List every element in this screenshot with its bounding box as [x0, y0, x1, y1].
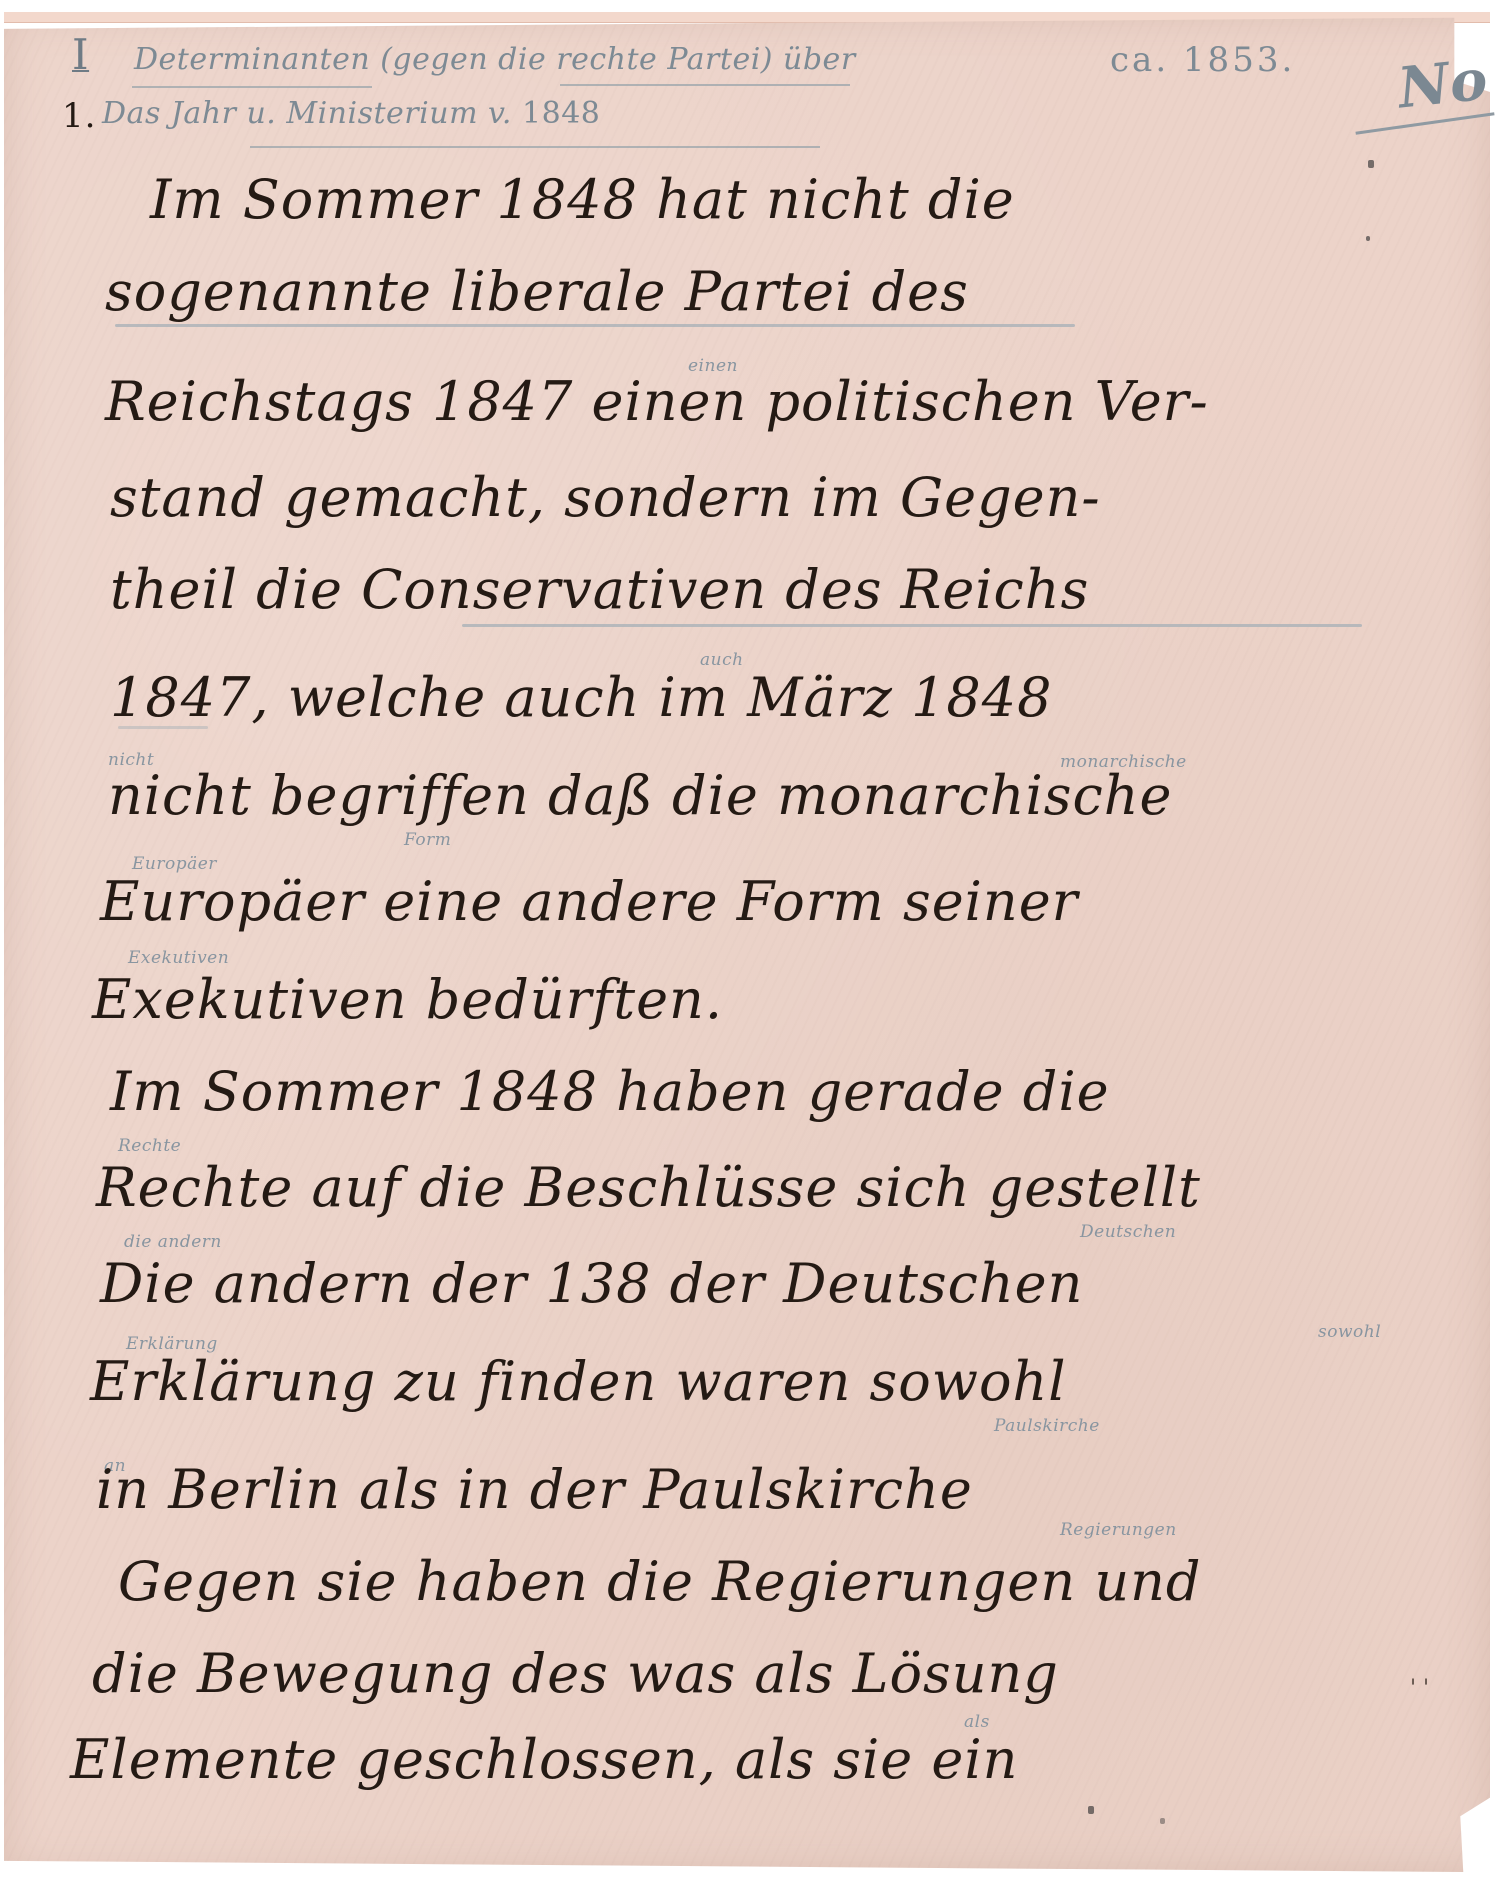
- ink-speck: [1366, 236, 1370, 241]
- header-title-line-2-text: Das Jahr u. Ministerium v.: [102, 96, 512, 131]
- header-underline-2: [560, 84, 850, 86]
- interlinear-line-12-a: die andern: [124, 1232, 222, 1252]
- manuscript-line-14: in Berlin als in der Paulskirche: [96, 1460, 973, 1520]
- manuscript-line-4: stand gemacht, sondern im Gegen-: [110, 468, 1101, 528]
- manuscript-line-2: sogenannte liberale Partei des: [105, 262, 969, 322]
- header-title-line-1: Determinanten (gegen die rechte Partei) …: [134, 42, 856, 77]
- document-date: ca. 1853.: [1110, 40, 1295, 80]
- header-list-number: 1.: [62, 96, 96, 136]
- manuscript-line-11: Rechte auf die Beschlüsse sich gestellt: [96, 1158, 1201, 1218]
- header-underline-1: [132, 86, 372, 88]
- manuscript-line-17: Elemente geschlossen, als sie ein: [70, 1730, 1018, 1790]
- manuscript-line-6: 1847, welche auch im März 1848: [110, 668, 1053, 728]
- manuscript-line-12: Die andern der 138 der Deutschen: [100, 1254, 1083, 1314]
- margin-marks: ' ': [1410, 1676, 1429, 1701]
- manuscript-line-16: die Bewegung des was als Lösung: [92, 1644, 1059, 1704]
- ink-speck: [1088, 1806, 1094, 1814]
- manuscript-line-10: Im Sommer 1848 haben gerade die: [110, 1062, 1110, 1122]
- manuscript-line-1: Im Sommer 1848 hat nicht die: [150, 170, 1015, 230]
- interlinear-line-9: Exekutiven: [128, 948, 229, 968]
- pencil-underline-line-5: [462, 624, 1362, 627]
- ink-speck: [1160, 1818, 1165, 1824]
- ink-speck: [1368, 160, 1374, 168]
- manuscript-line-13: Erklärung zu finden waren sowohl: [90, 1352, 1067, 1412]
- section-numeral: I: [72, 30, 89, 79]
- interlinear-line-15: Regierungen: [1060, 1520, 1177, 1540]
- manuscript-line-5: theil die Conservativen des Reichs: [110, 560, 1089, 620]
- header-year: 1848: [522, 96, 600, 131]
- header-title-line-2: Das Jahr u. Ministerium v. 1848: [102, 96, 600, 131]
- interlinear-line-8-b: Form: [404, 830, 451, 850]
- manuscript-line-15: Gegen sie haben die Regierungen und: [118, 1552, 1201, 1612]
- interlinear-line-12-b: Deutschen: [1080, 1222, 1176, 1242]
- interlinear-line-13-b: sowohl: [1318, 1322, 1381, 1342]
- pencil-underline-line-2: [115, 324, 1075, 327]
- manuscript-line-7: nicht begriffen daß die monarchische: [108, 766, 1172, 826]
- pencil-underline-line-6: [118, 726, 208, 729]
- interlinear-line-11: Rechte: [118, 1136, 181, 1156]
- manuscript-line-8: Europäer eine andere Form seiner: [100, 872, 1078, 932]
- manuscript-line-9: Exekutiven bedürften.: [92, 970, 723, 1030]
- header-underline-3: [250, 146, 820, 148]
- manuscript-line-3: Reichstags 1847 einen politischen Ver-: [105, 372, 1209, 432]
- interlinear-line-14-b: Paulskirche: [994, 1416, 1100, 1436]
